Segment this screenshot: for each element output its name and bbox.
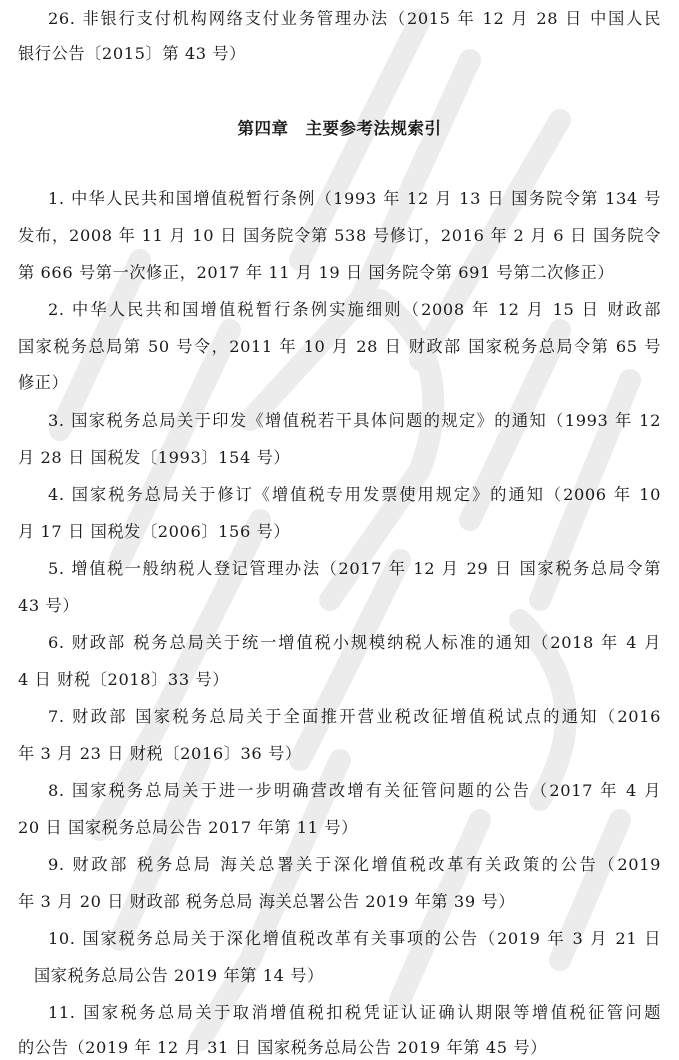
reference-item-5-line-1: 5. 增值税一般纳税人登记管理办法（2017 年 12 月 29 日 国家税务总… [48,558,661,580]
reference-item-3-line-1: 3. 国家税务总局关于印发《增值税若干具体问题的规定》的通知（1993 年 12 [48,410,661,432]
reference-item-6-line-1: 6. 财政部 税务总局关于统一增值税小规模纳税人标准的通知（2018 年 4 月 [48,632,661,654]
reference-item-1-line-3: 第 666 号第一次修正，2017 年 11 月 19 日 国务院令第 691 … [18,262,661,284]
reference-item-11-line-1: 11. 国家税务总局关于取消增值税扣税凭证认证确认期限等增值税征管问题 [48,1002,661,1024]
reference-item-10-line-1: 10. 国家税务总局关于深化增值税改革有关事项的公告（2019 年 3 月 21… [48,928,661,950]
reference-item-9-line-2: 年 3 月 20 日 财政部 税务总局 海关总署公告 2019 年第 39 号） [18,891,661,913]
reference-item-1-line-2: 发布，2008 年 11 月 10 日 国务院令第 538 号修订，2016 年… [18,225,661,247]
reference-item-2-line-3: 修正） [18,372,661,394]
reference-item-5-line-2: 43 号） [18,595,661,617]
reference-item-8-line-1: 8. 国家税务总局关于进一步明确营改增有关征管问题的公告（2017 年 4 月 [48,780,661,802]
reference-item-1-line-1: 1. 中华人民共和国增值税暂行条例（1993 年 12 月 13 日 国务院令第… [48,188,661,210]
reference-item-3-line-2: 月 28 日 国税发〔1993〕154 号） [18,447,661,469]
reference-item-6-line-2: 4 日 财税〔2018〕33 号） [18,669,661,691]
reference-item-10-line-2: 国家税务总局公告 2019 年第 14 号） [34,965,661,987]
reference-item-11-line-2: 的公告（2019 年 12 月 31 日 国家税务总局公告 2019 年第 45… [18,1037,661,1059]
previous-item-line-2: 银行公告〔2015〕第 43 号） [18,43,661,65]
previous-item-line-1: 26. 非银行支付机构网络支付业务管理办法（2015 年 12 月 28 日 中… [48,8,661,30]
reference-item-7-line-2: 年 3 月 23 日 财税〔2016〕36 号） [18,743,661,765]
reference-item-7-line-1: 7. 财政部 国家税务总局关于全面推开营业税改征增值税试点的通知（2016 [48,706,661,728]
reference-item-4-line-1: 4. 国家税务总局关于修订《增值税专用发票使用规定》的通知（2006 年 10 [48,484,661,506]
reference-item-2-line-1: 2. 中华人民共和国增值税暂行条例实施细则（2008 年 12 月 15 日 财… [48,299,661,321]
reference-item-9-line-1: 9. 财政部 税务总局 海关总署关于深化增值税改革有关政策的公告（2019 [48,854,661,876]
reference-item-4-line-2: 月 17 日 国税发〔2006〕156 号） [18,521,661,543]
reference-item-8-line-2: 20 日 国家税务总局公告 2017 年第 11 号） [18,817,661,839]
chapter-title: 第四章 主要参考法规索引 [0,118,679,140]
reference-item-2-line-2: 国家税务总局第 50 号令，2011 年 10 月 28 日 财政部 国家税务总… [18,336,661,358]
